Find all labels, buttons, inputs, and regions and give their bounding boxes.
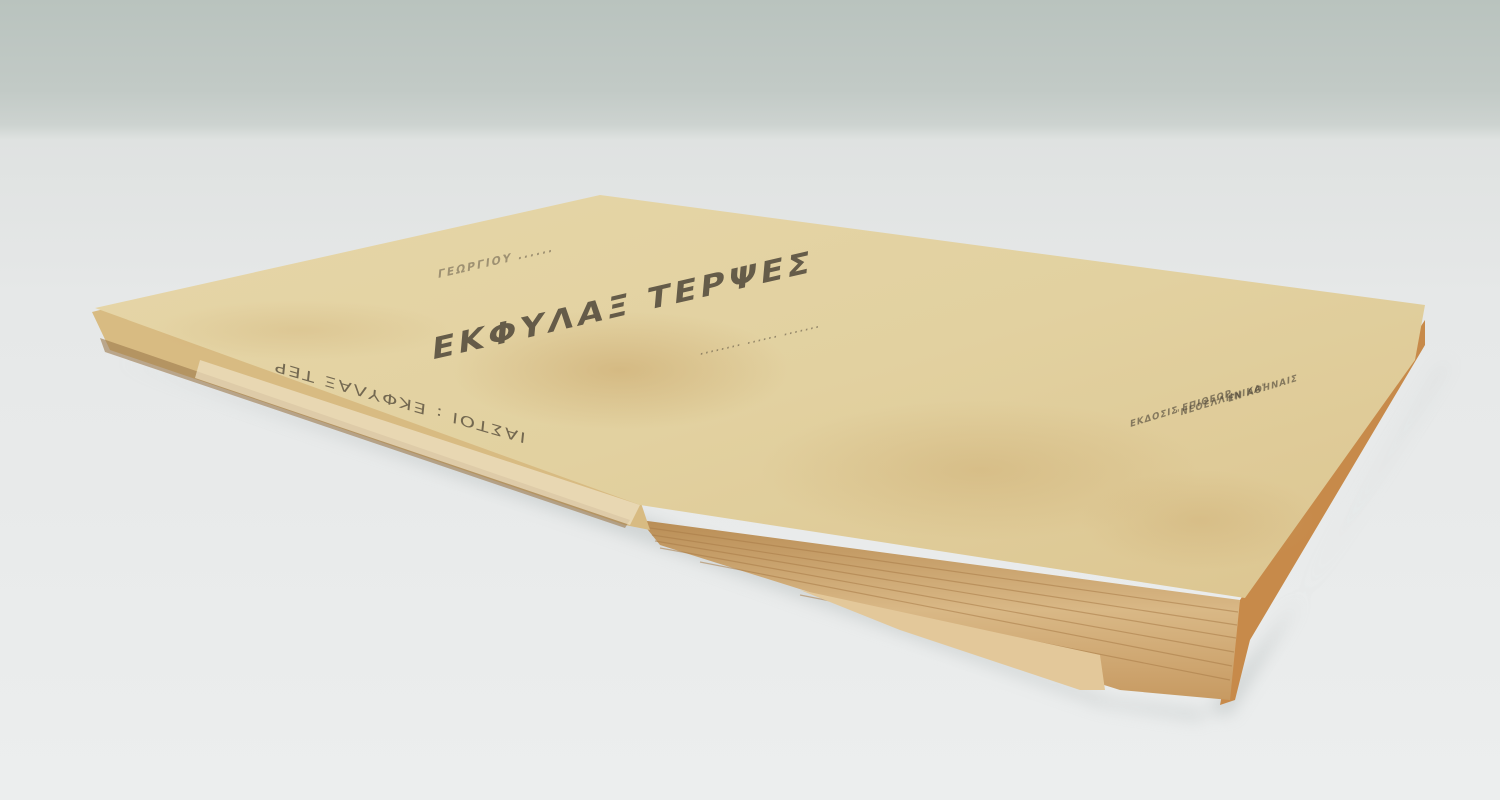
book-illustration	[0, 0, 1500, 800]
photo-scene: ΓΕΩΡΓΙΟΥ ...... ΕΚΦΥΛΑΞ ΤΕΡΨΕΣ ........ …	[0, 0, 1500, 800]
cover-stain	[1080, 470, 1320, 570]
cover-stain	[150, 300, 450, 360]
